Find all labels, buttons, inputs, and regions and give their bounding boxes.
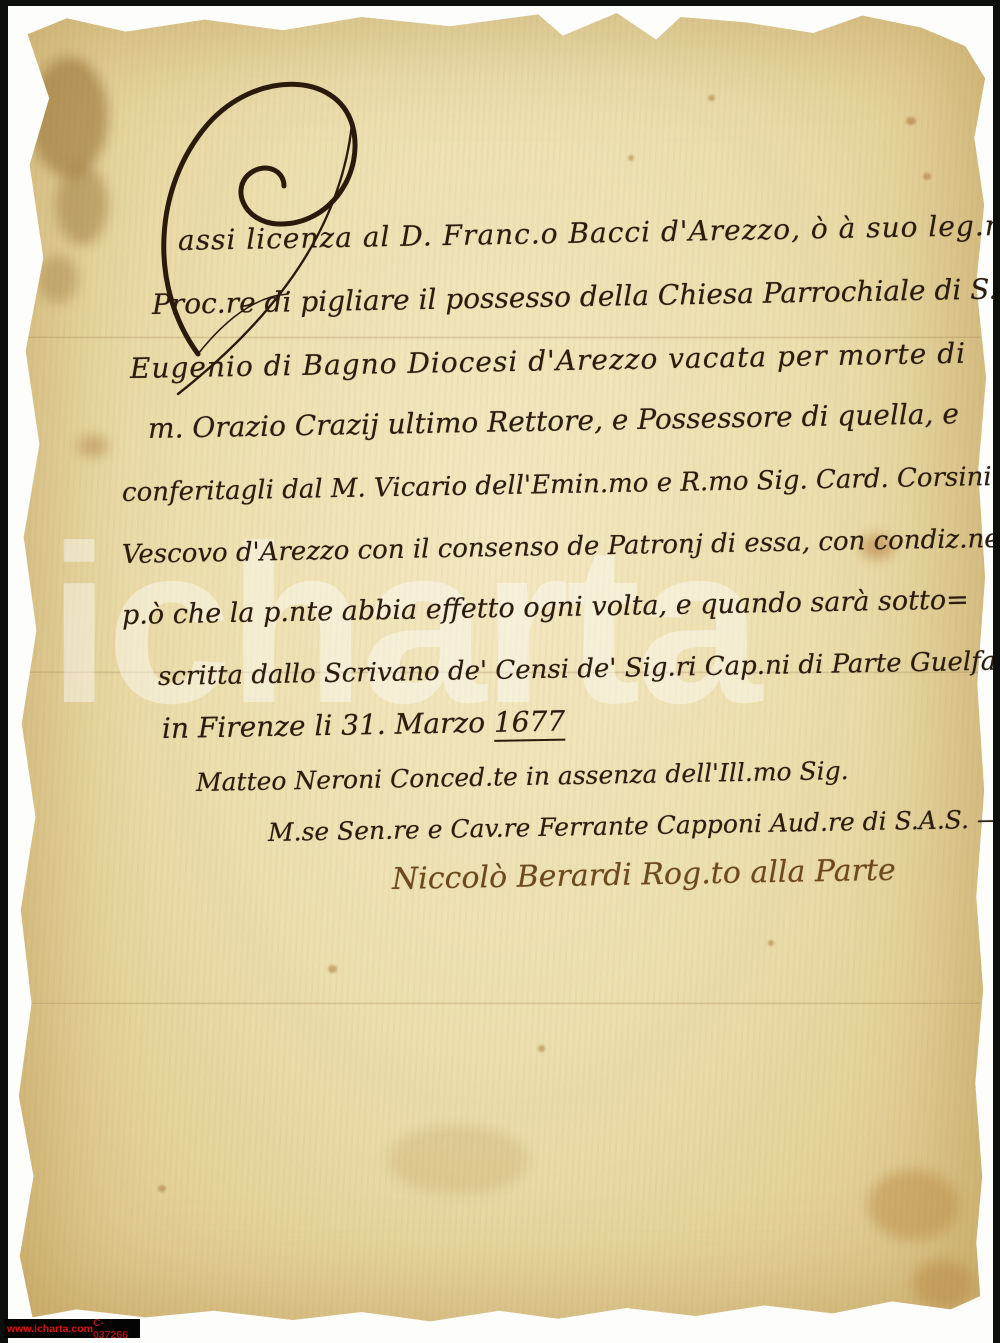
foxing-dot (628, 155, 634, 161)
foxing-dot (768, 940, 774, 946)
archive-item-code: C-037266 (93, 1317, 137, 1341)
stain (388, 1125, 528, 1195)
foxing-dot (328, 965, 337, 973)
foxing-dot (158, 1185, 166, 1192)
dateline-year: 1677 (494, 705, 566, 742)
scan-edge-right (993, 0, 1000, 1343)
stain (78, 435, 108, 457)
stain (30, 57, 108, 177)
foxing-dot (708, 95, 715, 101)
scan-edge-left (0, 0, 8, 1343)
foxing-dot (538, 1045, 545, 1052)
archive-site-url: www.icharta.com (7, 1323, 93, 1335)
stain (552, 5, 572, 19)
stain (868, 1170, 958, 1240)
dateline-place: in Firenze li 31. Marzo (162, 706, 495, 745)
stain (56, 165, 108, 245)
fold-crease (18, 1002, 980, 1005)
foxing-dot (923, 173, 931, 180)
foxing-dot (906, 117, 916, 125)
stain (913, 1260, 973, 1308)
stain (38, 255, 78, 303)
dateline: in Firenze li 31. Marzo 1677 (162, 705, 566, 745)
scan-edge-top (0, 0, 1000, 6)
archive-label-bar: www.icharta.com C-037266 (4, 1319, 140, 1338)
